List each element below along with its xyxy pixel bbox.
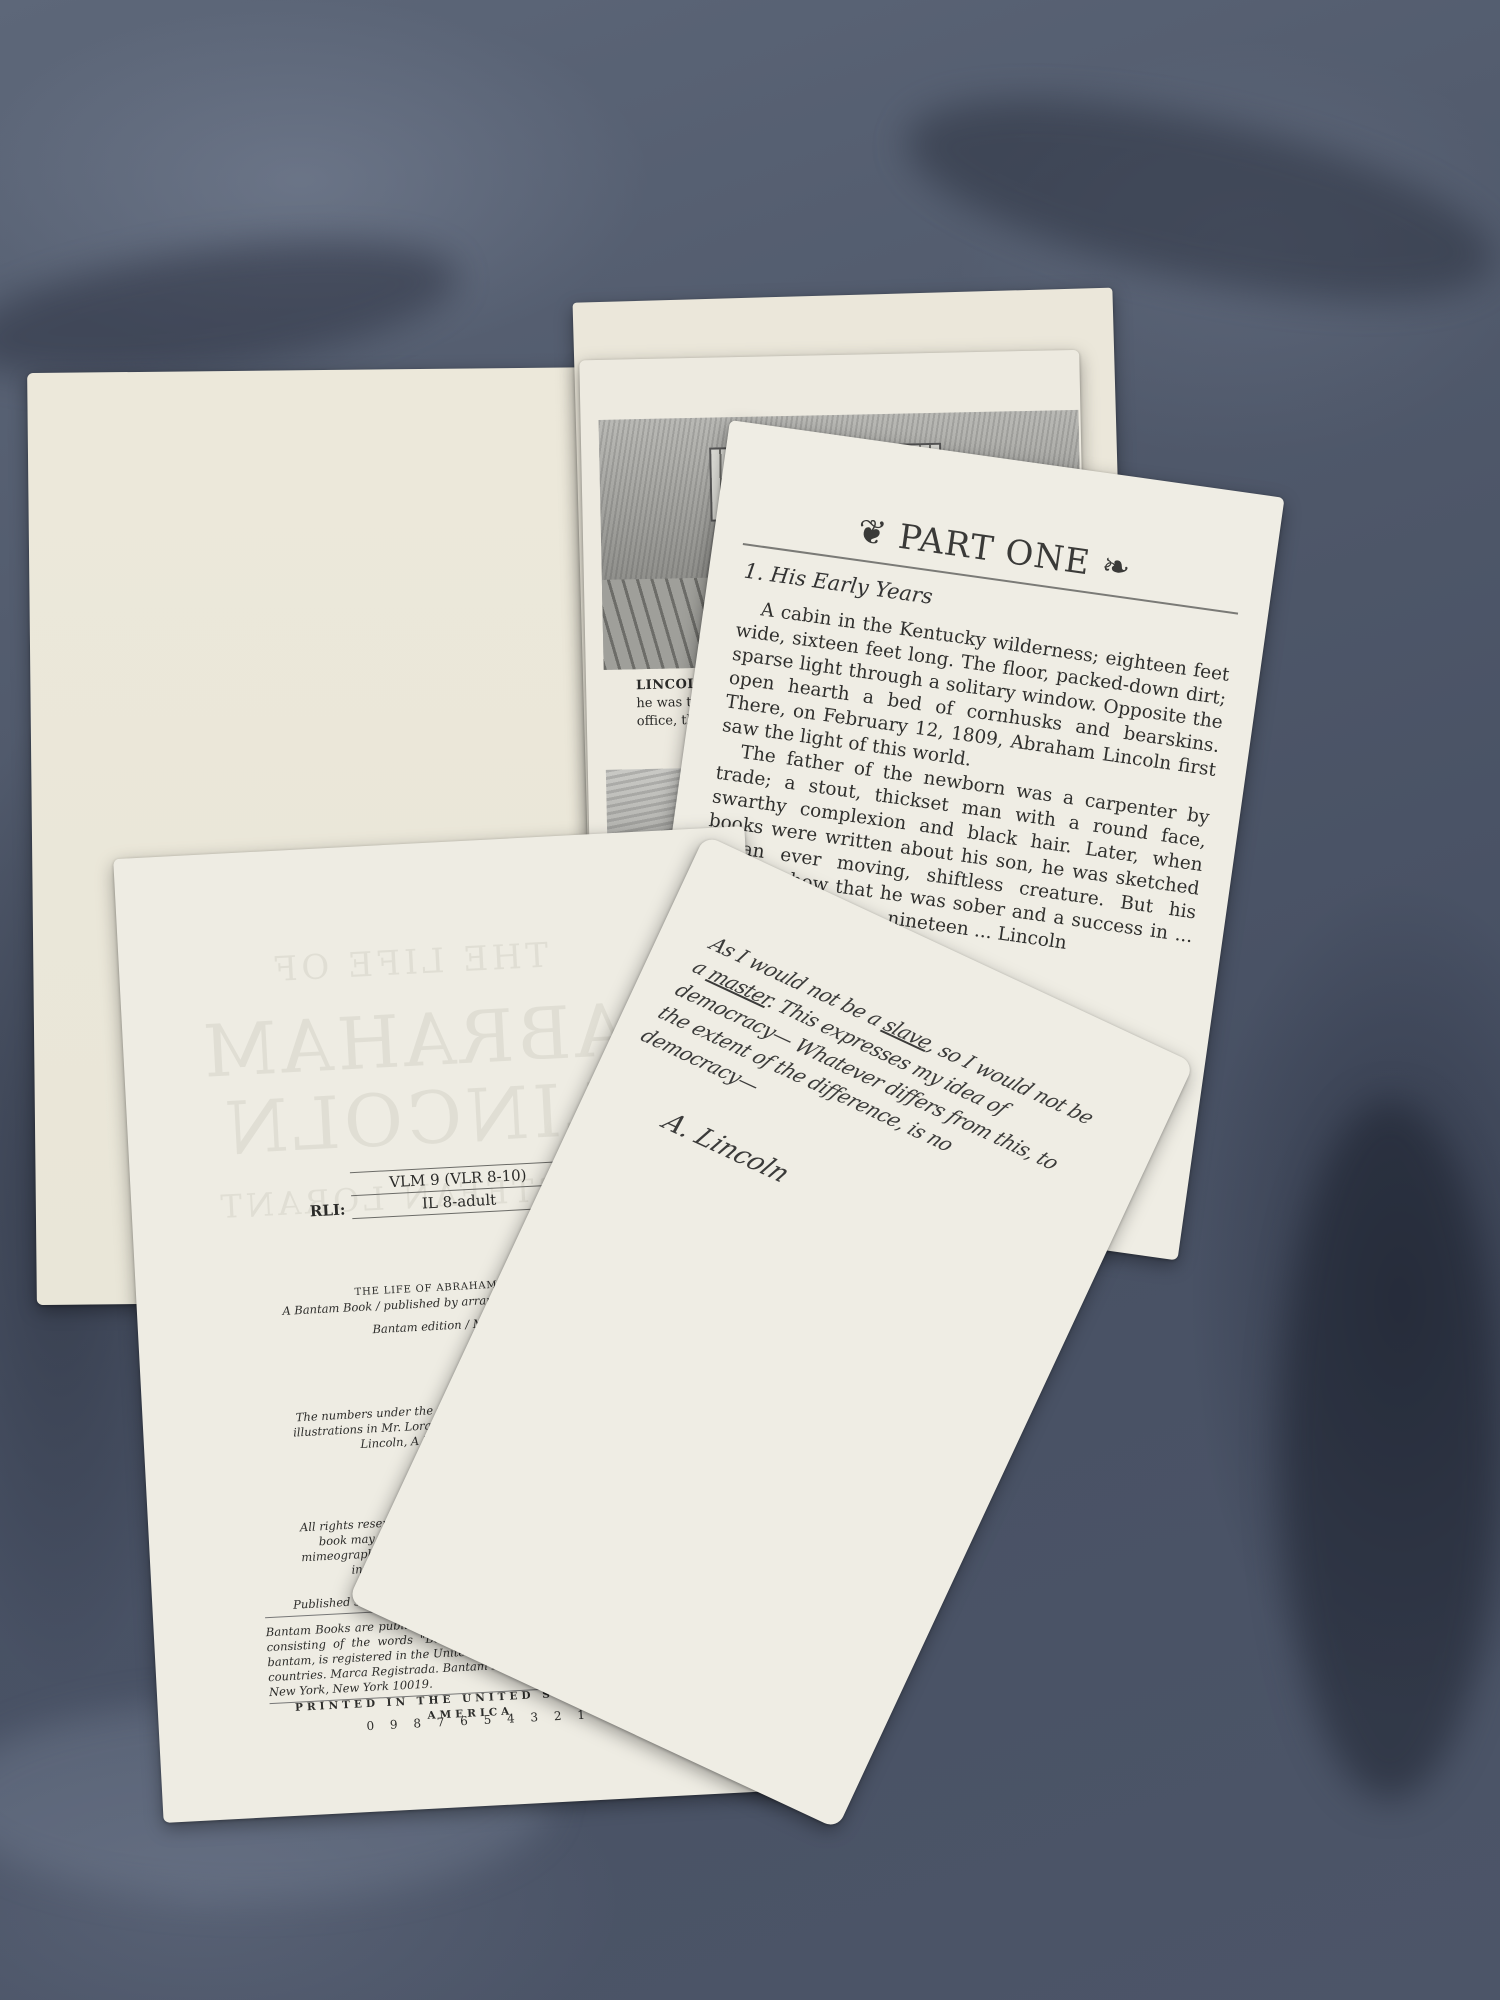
rli-label: RLI:: [309, 1201, 345, 1221]
part-title-text: PART ONE: [896, 517, 1093, 584]
fabric-fold: [1280, 1100, 1500, 1800]
laurel-right-icon: ❧: [1087, 544, 1133, 589]
signature: A. Lincoln: [656, 1108, 796, 1188]
laurel-left-icon: ❦: [855, 511, 901, 556]
